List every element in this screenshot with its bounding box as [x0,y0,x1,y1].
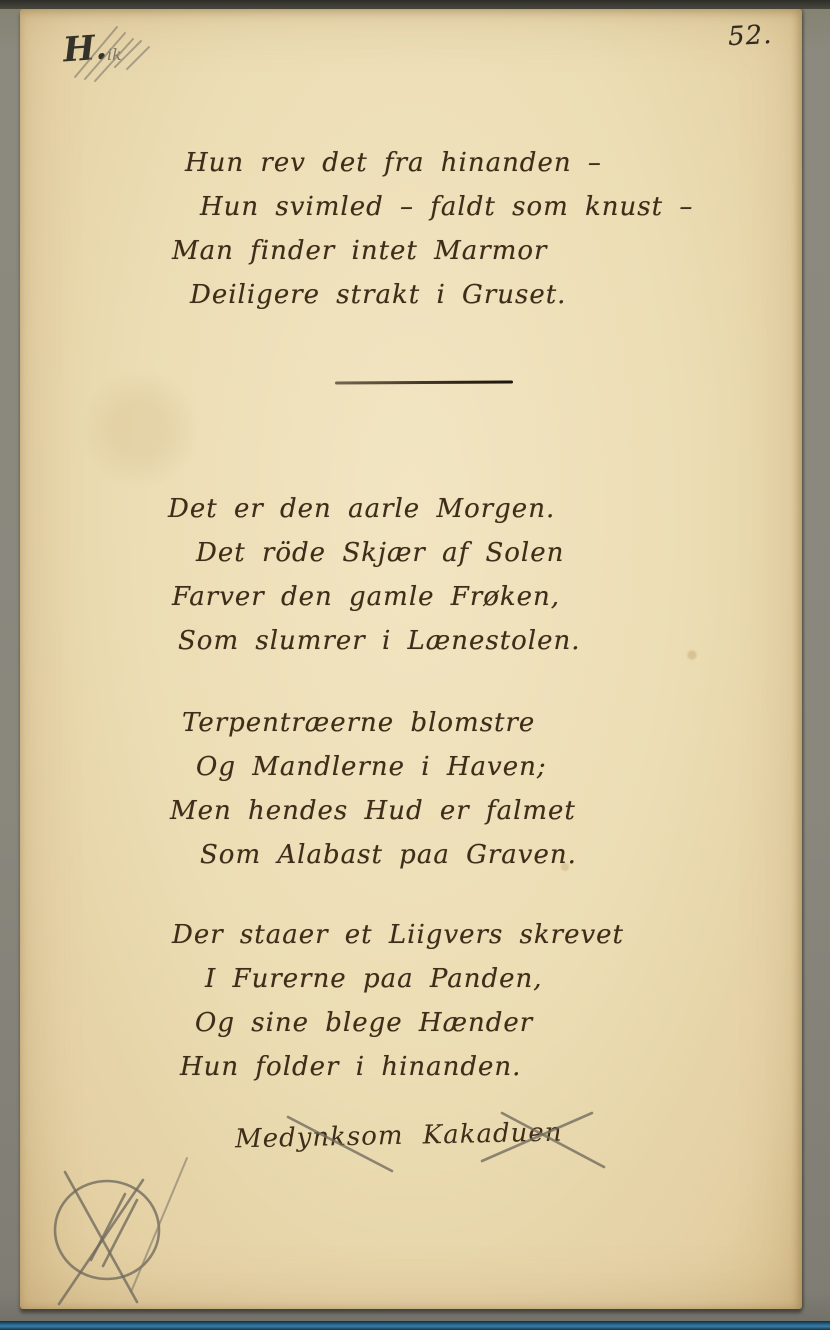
stanza-4: Der staaer et Liigvers skrevet I Furerne… [172,913,624,1089]
scanned-manuscript-page: H. ik 52. Hun rev det fra hinanden – Hun… [0,0,830,1330]
poem-line: Det er den aarle Morgen. [168,487,581,531]
poem-line: Farver den gamle Frøken, [172,575,581,619]
pencil-hatch-mark [45,19,165,89]
stanza-1: Hun rev det fra hinanden – Hun svimled –… [172,141,693,317]
poem-line: Terpentræerne blomstre [182,701,577,745]
poem-line: Det röde Skjær af Solen [196,531,581,575]
poem-line: Som slumrer i Lænestolen. [178,619,581,663]
poem-line: Som Alabast paa Graven. [200,833,577,877]
archival-mark: H. ik [45,19,165,89]
poem-line: Hun svimled – faldt som knust – [200,185,693,229]
scanner-bed-blue-edge [0,1321,830,1330]
stanza-2: Det er den aarle Morgen. Det röde Skjær … [168,487,581,663]
struck-poem-line-wrap: Medynksom Kakaduen [220,1109,650,1189]
poem-line: Hun folder i hinanden. [180,1045,624,1089]
pencil-strikethrough [220,1109,650,1189]
page-number: 52. [727,20,773,52]
poem-line: Hun rev det fra hinanden – [185,141,693,185]
poem-line: Deiligere strakt i Gruset. [190,273,693,317]
pencil-deletion-mark [35,1150,205,1320]
poem-line: Og Mandlerne i Haven; [196,745,577,789]
poem-line: Man finder intet Marmor [172,229,693,273]
poem-line: Der staaer et Liigvers skrevet [172,913,624,957]
poem-line: Og sine blege Hænder [195,1001,624,1045]
poem-line: Men hendes Hud er falmet [170,789,577,833]
stanza-3: Terpentræerne blomstre Og Mandlerne i Ha… [170,701,577,877]
poem-line: I Furerne paa Panden, [205,957,624,1001]
section-divider [335,381,513,385]
manuscript-paper: H. ik 52. Hun rev det fra hinanden – Hun… [20,9,802,1309]
scanner-bed-top-edge [0,0,830,9]
